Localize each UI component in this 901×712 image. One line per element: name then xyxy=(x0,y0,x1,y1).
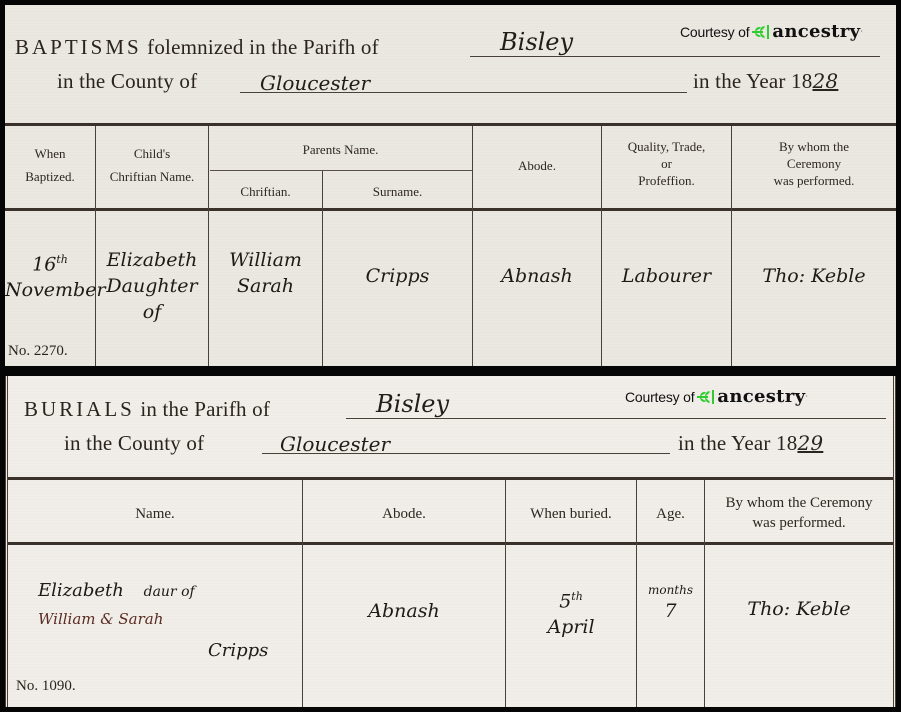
entry-line: Daughter xyxy=(96,273,208,299)
burial-register-number: No. 1090. xyxy=(16,678,76,695)
baptism-register-number: No. 2270. xyxy=(8,343,68,360)
header-name: Name. xyxy=(8,506,302,523)
header-line: Child's xyxy=(134,145,170,162)
col-divider xyxy=(208,126,209,366)
header-child-name: Child's Chriftian Name. xyxy=(96,145,208,185)
header-when-buried: When buried. xyxy=(506,506,636,523)
baptism-year: in the Year 1828 xyxy=(693,69,838,94)
entry-day: 16 xyxy=(32,253,56,275)
header-line: Profeffion. xyxy=(638,172,694,189)
header-line: When xyxy=(34,145,65,162)
ancestry-courtesy-badge: Courtesy of ancestry· xyxy=(680,21,863,42)
ancestry-brand: ancestry xyxy=(717,386,805,407)
header-line: By whom the xyxy=(779,138,849,155)
header-surname: Surname. xyxy=(323,183,472,200)
table-top-rule xyxy=(5,123,896,126)
header-parents-name: Parents Name. xyxy=(209,141,472,158)
parents-sub-rule xyxy=(210,170,473,171)
header-parents-christian: Chriftian. xyxy=(209,183,322,200)
header-bottom-rule xyxy=(8,542,893,545)
year-suffix: 28 xyxy=(812,69,838,93)
header-line: Chriftian Name. xyxy=(110,168,194,185)
entry-profession: Labourer xyxy=(602,263,731,289)
entry-age-unit: months xyxy=(637,582,704,598)
parish-blank-line xyxy=(346,418,886,419)
entry-abode: Abnash xyxy=(473,263,601,289)
year-label: in the Year 18 xyxy=(678,431,797,455)
baptism-title-prefix: BAPTISMS xyxy=(15,35,142,59)
year-suffix: 29 xyxy=(797,431,823,455)
header-abode: Abode. xyxy=(473,157,601,174)
header-quality: Quality, Trade, or Profeffion. xyxy=(602,138,731,189)
table-top-rule xyxy=(8,477,893,480)
entry-officiant: Tho: Keble xyxy=(705,596,893,622)
entry-when-buried: 5th April xyxy=(506,584,636,640)
entry-name-line3: Cripps xyxy=(208,638,268,664)
entry-day: 5 xyxy=(559,590,571,612)
header-by-whom: By whom the Ceremony was performed. xyxy=(732,138,896,189)
burial-title-rest: in the Parifh of xyxy=(140,397,270,421)
baptism-register-page: BAPTISMS folemnized in the Parifh of Bis… xyxy=(5,5,896,366)
baptism-county-label: in the County of xyxy=(57,69,197,94)
baptism-title: BAPTISMS folemnized in the Parifh of xyxy=(15,35,379,60)
ancestry-brand: ancestry xyxy=(772,21,860,42)
ancestry-leaf-icon xyxy=(696,389,716,405)
header-line: By whom the Ceremony xyxy=(725,493,872,513)
burial-county-value: Gloucester xyxy=(280,432,390,456)
entry-line: William xyxy=(209,247,322,273)
header-when-baptized: When Baptized. xyxy=(5,145,95,185)
entry-day-suffix: th xyxy=(56,253,68,266)
entry-month: April xyxy=(506,614,636,640)
entry-abode: Abnash xyxy=(303,598,505,624)
burial-register-page: BURIALS in the Parifh of Bisley Courtesy… xyxy=(5,376,896,707)
baptism-title-rest: folemnized in the Parifh of xyxy=(147,35,379,59)
entry-when-baptized: 16th November xyxy=(5,247,95,303)
header-abode: Abode. xyxy=(303,506,505,523)
entry-name: Elizabeth xyxy=(38,580,124,601)
header-age: Age. xyxy=(637,506,704,523)
header-line: Baptized. xyxy=(25,168,74,185)
entry-age-value: 7 xyxy=(637,598,704,624)
burial-county-label: in the County of xyxy=(64,431,204,456)
entry-officiant: Tho: Keble xyxy=(732,263,896,289)
baptism-county-value: Gloucester xyxy=(260,71,370,95)
header-bottom-rule xyxy=(5,208,896,211)
entry-line: of xyxy=(96,299,208,325)
entry-parents-christian: William Sarah xyxy=(209,247,322,299)
header-line: was performed. xyxy=(752,513,845,533)
courtesy-label: Courtesy of xyxy=(680,24,749,40)
entry-child-name: Elizabeth Daughter of xyxy=(96,247,208,325)
header-line: was performed. xyxy=(774,172,855,189)
baptism-parish-value: Bisley xyxy=(500,28,573,56)
parish-blank-line xyxy=(470,56,880,57)
entry-relation: daur of xyxy=(144,584,195,600)
ancestry-courtesy-badge: Courtesy of ancestry· xyxy=(625,386,808,407)
entry-month: November xyxy=(5,277,95,303)
burial-title-prefix: BURIALS xyxy=(24,397,135,421)
header-line: Ceremony xyxy=(787,155,841,172)
entry-line: Elizabeth xyxy=(96,247,208,273)
burial-parish-value: Bisley xyxy=(376,390,449,418)
entry-day-suffix: th xyxy=(571,590,583,603)
entry-name-line1: Elizabeth daur of xyxy=(38,578,195,605)
year-label: in the Year 18 xyxy=(693,69,812,93)
ancestry-leaf-icon xyxy=(751,24,771,40)
burial-title: BURIALS in the Parifh of xyxy=(24,397,270,422)
entry-line: Sarah xyxy=(209,273,322,299)
courtesy-label: Courtesy of xyxy=(625,389,694,405)
entry-surname: Cripps xyxy=(323,263,472,289)
header-line: Quality, Trade, xyxy=(628,138,706,155)
entry-age: months 7 xyxy=(637,582,704,624)
header-line: or xyxy=(661,155,672,172)
header-by-whom: By whom the Ceremony was performed. xyxy=(705,493,893,533)
brand-dot: · xyxy=(805,392,808,401)
entry-name-line2: William & Sarah xyxy=(38,606,163,632)
brand-dot: · xyxy=(860,27,863,36)
burial-year: in the Year 1829 xyxy=(678,431,823,456)
